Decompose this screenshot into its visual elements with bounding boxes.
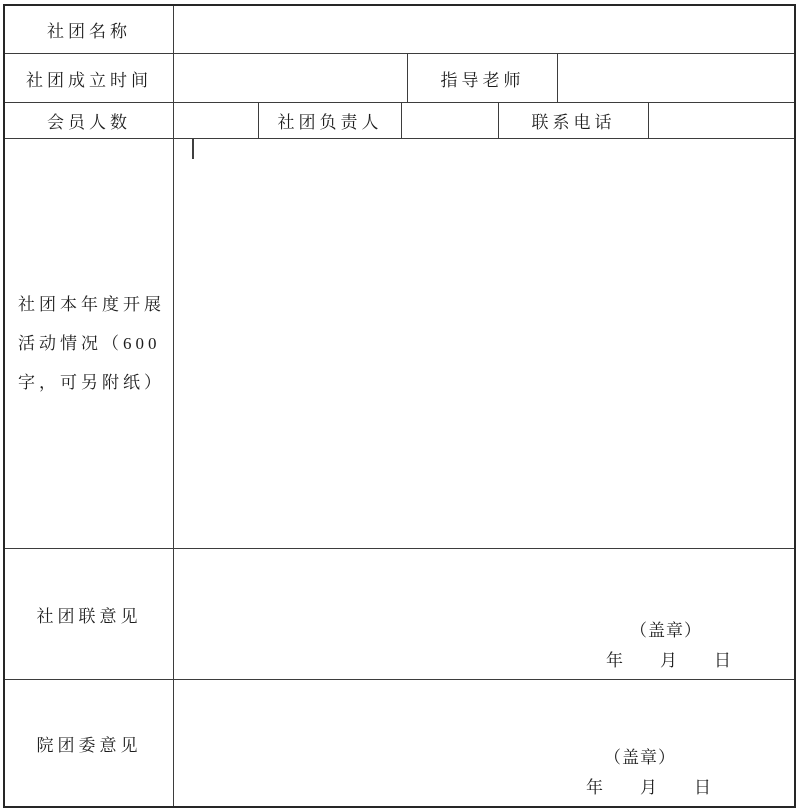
leader-label: 社团负责人 (278, 108, 383, 133)
founding-time-label: 社团成立时间 (26, 66, 152, 91)
founding-time-label-cell: 社团成立时间 (5, 54, 174, 102)
row-league-opinion: 社团联意见 （盖章） 年 月 日 (5, 549, 794, 680)
advisor-label: 指导老师 (441, 66, 525, 91)
league-date-placeholder: 年 月 日 (174, 646, 794, 676)
committee-opinion-input[interactable]: （盖章） 年 月 日 (174, 680, 794, 806)
committee-opinion-label-cell: 院团委意见 (5, 680, 174, 806)
advisor-input[interactable] (558, 54, 794, 102)
leader-input[interactable] (402, 103, 499, 138)
member-count-label: 会员人数 (47, 108, 131, 133)
phone-input[interactable] (649, 103, 794, 138)
club-name-input[interactable] (174, 6, 794, 53)
activities-label-line-3: 字，可另附纸） (18, 363, 165, 402)
advisor-label-cell: 指导老师 (408, 54, 558, 102)
member-count-label-cell: 会员人数 (5, 103, 174, 138)
league-opinion-input[interactable]: （盖章） 年 月 日 (174, 549, 794, 679)
league-opinion-label: 社团联意见 (37, 602, 142, 627)
row-committee-opinion: 院团委意见 （盖章） 年 月 日 (5, 680, 794, 806)
phone-label-cell: 联系电话 (499, 103, 649, 138)
committee-date-placeholder: 年 月 日 (174, 773, 794, 803)
club-annual-report-form: 社团名称 社团成立时间 指导老师 会员人数 社团负责人 (0, 0, 800, 811)
league-seal-placeholder: （盖章） (174, 616, 794, 646)
founding-time-input[interactable] (174, 54, 408, 102)
committee-seal-placeholder: （盖章） (174, 743, 794, 773)
row-club-name: 社团名称 (5, 6, 794, 54)
activities-label-cell: 社团本年度开展 活动情况（600 字，可另附纸） (5, 139, 174, 548)
league-opinion-label-cell: 社团联意见 (5, 549, 174, 679)
activities-textarea[interactable] (174, 139, 794, 548)
member-count-input[interactable] (174, 103, 259, 138)
committee-opinion-label: 院团委意见 (37, 731, 142, 756)
club-name-label: 社团名称 (47, 17, 131, 42)
row-activities: 社团本年度开展 活动情况（600 字，可另附纸） (5, 139, 794, 549)
club-name-label-cell: 社团名称 (5, 6, 174, 53)
row-members-leader-phone: 会员人数 社团负责人 联系电话 (5, 103, 794, 139)
row-founding-advisor: 社团成立时间 指导老师 (5, 54, 794, 103)
activities-label-line-1: 社团本年度开展 (18, 285, 165, 324)
activities-label-line-2: 活动情况（600 (18, 324, 161, 363)
leader-label-cell: 社团负责人 (259, 103, 402, 138)
text-caret (192, 138, 194, 159)
phone-label: 联系电话 (532, 108, 616, 133)
form-table: 社团名称 社团成立时间 指导老师 会员人数 社团负责人 (3, 4, 796, 808)
